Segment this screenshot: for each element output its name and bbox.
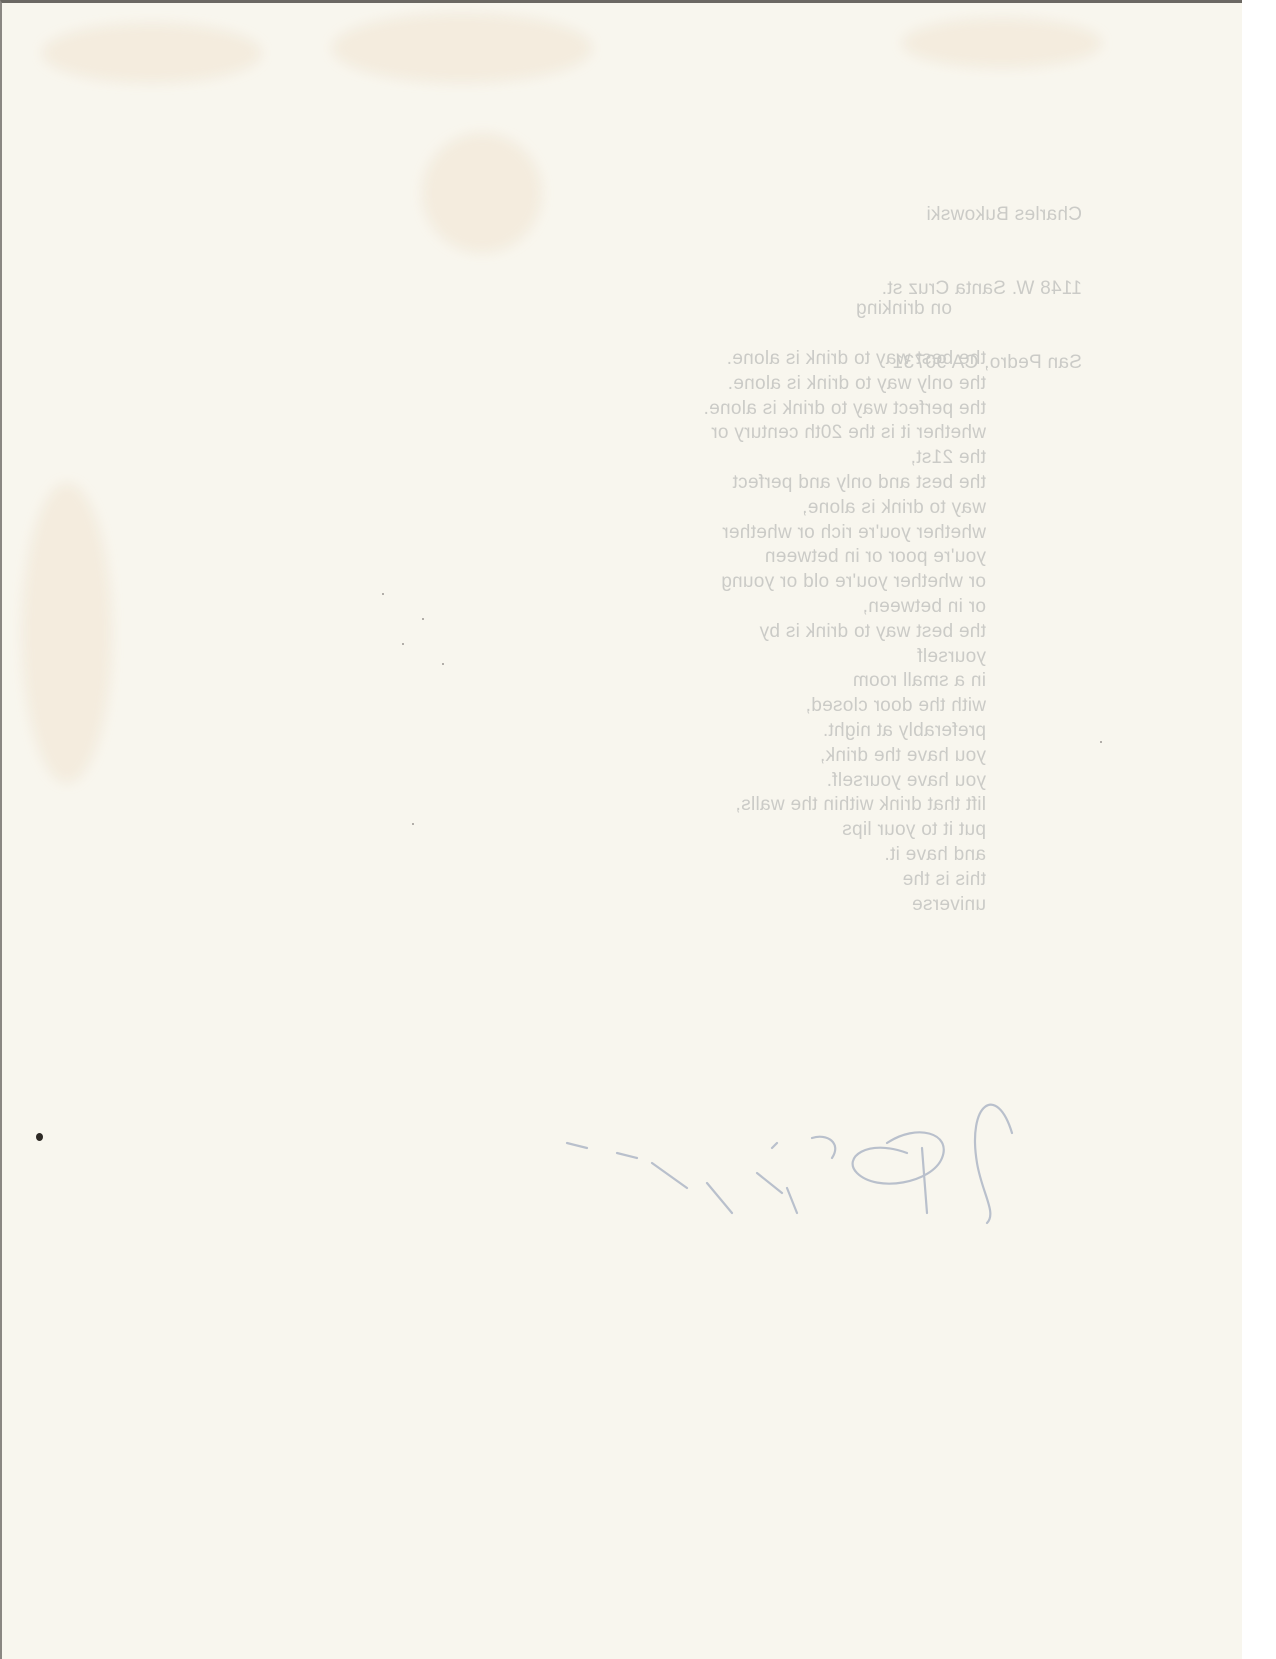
poem-line: the best and only and perfect	[686, 471, 986, 496]
speck	[382, 593, 384, 595]
poem-line: you have the drink,	[686, 744, 986, 769]
poem-line: whether it is the 20th century or	[686, 421, 986, 446]
foxing-stain	[22, 483, 112, 783]
foxing-stain	[422, 133, 542, 253]
poem-line: the only way to drink is alone.	[686, 372, 986, 397]
poem-line: or in between,	[686, 595, 986, 620]
signature	[557, 1063, 1027, 1233]
poem-line: in a small room	[686, 669, 986, 694]
poem-line: the best way to drink is alone.	[686, 347, 986, 372]
poem-line: with the door closed,	[686, 694, 986, 719]
poem-line: way to drink is alone,	[686, 496, 986, 521]
foxing-stain	[42, 23, 262, 83]
poem-line: or whether you're old or young	[686, 570, 986, 595]
poem-line: whether you're rich or whether	[686, 521, 986, 546]
poem-body: the best way to drink is alone.the only …	[686, 347, 986, 917]
poem-line: the perfect way to drink is alone.	[686, 397, 986, 422]
speck	[402, 643, 404, 645]
poem-title: on drinking	[822, 297, 952, 322]
paper-sheet: Charles Bukowski 1148 W. Santa Cruz st. …	[0, 0, 1242, 1659]
poem-line: the best way to drink is by	[686, 620, 986, 645]
ink-dot	[36, 1133, 43, 1141]
foxing-stain	[902, 18, 1102, 68]
poem-line: you're poor or in between	[686, 545, 986, 570]
speck	[412, 823, 414, 825]
speck	[422, 618, 424, 620]
poem-line: and have it.	[686, 843, 986, 868]
poem-line: the 21st,	[686, 446, 986, 471]
poem-line: put it to your lips	[686, 818, 986, 843]
speck	[1100, 741, 1102, 743]
poem-line: universe	[686, 893, 986, 918]
speck	[442, 663, 444, 665]
poem-line: this is the	[686, 868, 986, 893]
poem-line: preferably at night.	[686, 719, 986, 744]
poem-line: you have yourself.	[686, 769, 986, 794]
sender-name: Charles Bukowski	[782, 203, 1082, 228]
poem-line: yourself	[686, 645, 986, 670]
foxing-stain	[332, 13, 592, 83]
poem-line: lift that drink within the walls,	[686, 793, 986, 818]
